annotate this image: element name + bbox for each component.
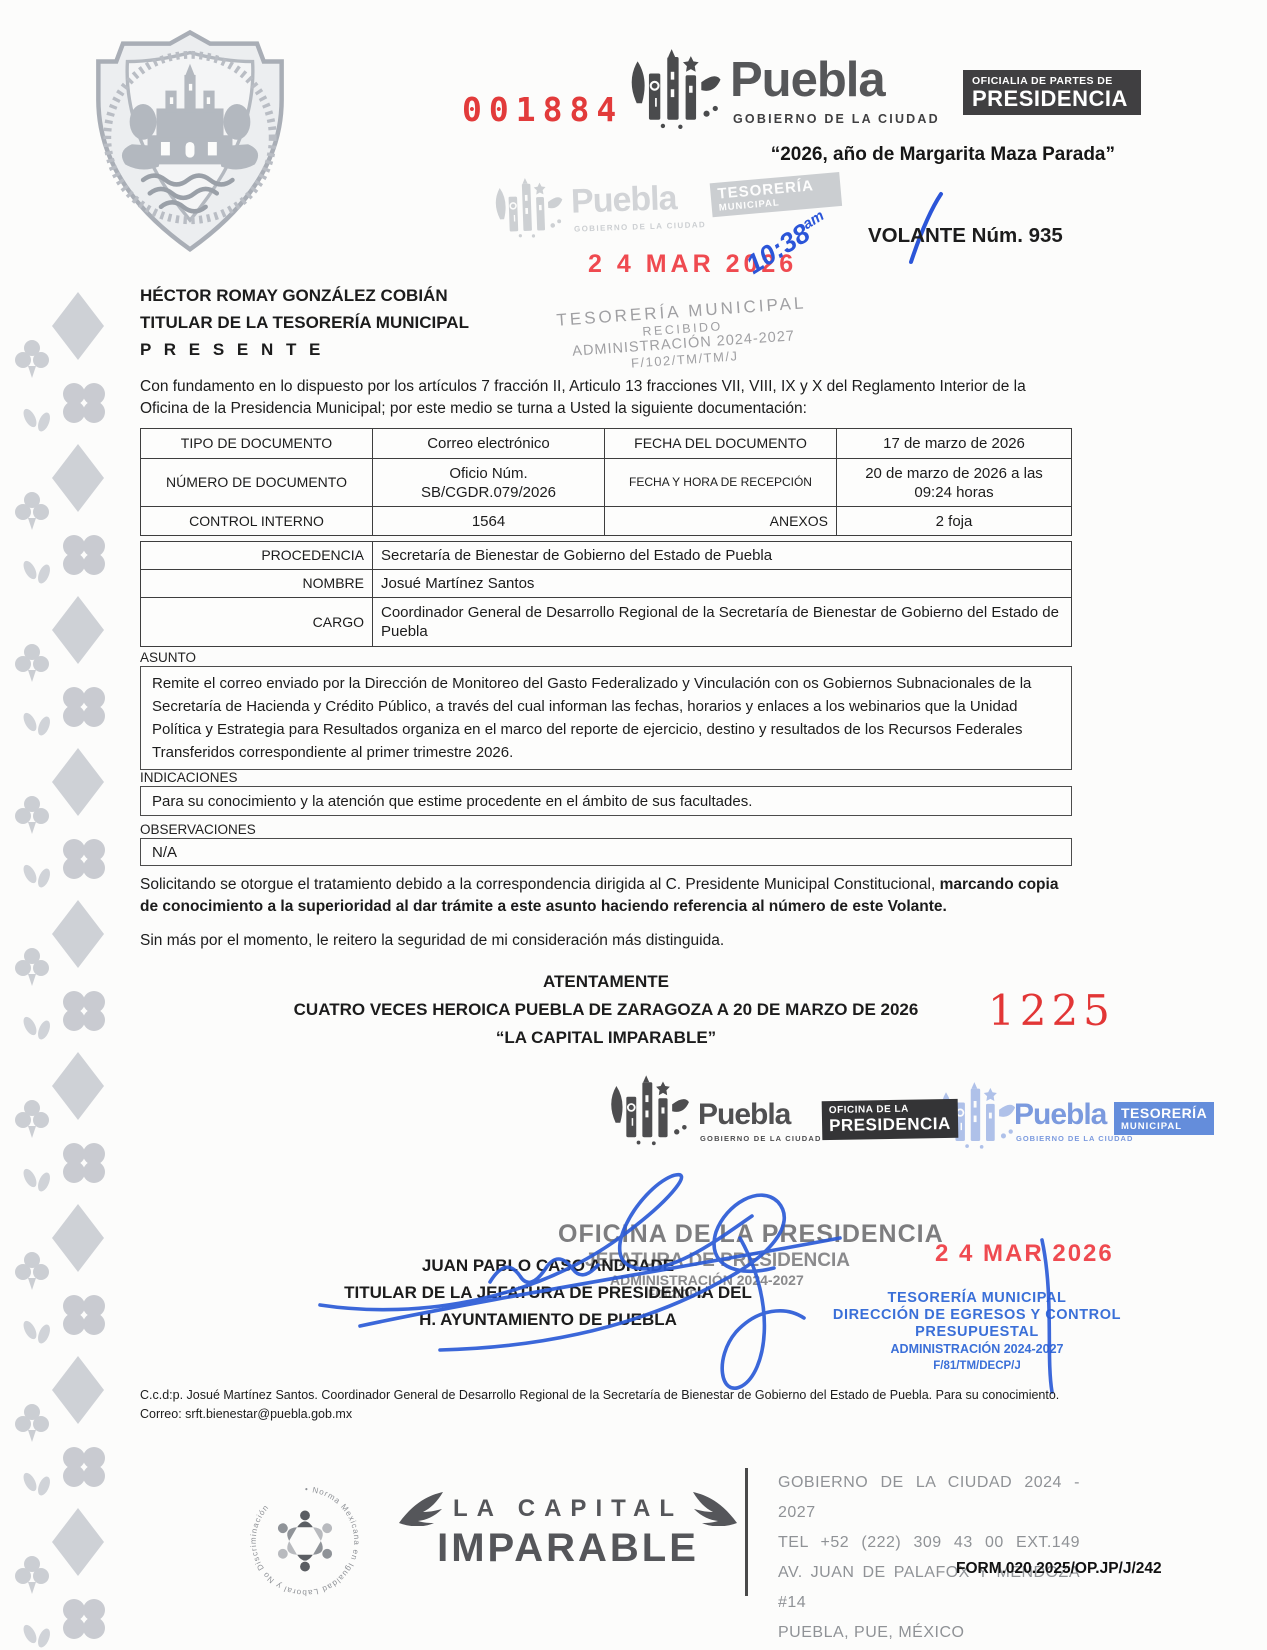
blue-badge-line1: TESORERÍA — [1121, 1105, 1207, 1121]
ghost-wordmark: Puebla — [570, 179, 677, 222]
cc-line2: Correo: srft.bienestar@puebla.gob.mx — [140, 1405, 1100, 1424]
coat-of-arms — [78, 28, 302, 256]
ghost-badge: TESORERÍA MUNICIPAL — [710, 172, 842, 217]
origin-table-value: Coordinador General de Desarrollo Region… — [373, 598, 1071, 646]
folio-number: 001884 — [462, 90, 623, 129]
talavera-border-pattern — [6, 286, 118, 1650]
document-table: TIPO DE DOCUMENTO Correo electrónico FEC… — [140, 428, 1072, 536]
origin-table-label: NOMBRE — [141, 570, 373, 598]
oficialia-badge: OFICIALIA DE PARTES DE PRESIDENCIA — [963, 70, 1141, 115]
oficialia-badge-line2: PRESIDENCIA — [972, 87, 1133, 111]
city-date-line: CUATRO VECES HEROICA PUEBLA DE ZARAGOZA … — [140, 996, 1072, 1024]
norma-seal-text: • Norma Mexicana en Igualdad Laboral y N… — [249, 1485, 361, 1597]
brand-wordmark: Puebla — [730, 52, 885, 108]
cc-block: C.c.d:p. Josué Martínez Santos. Coordina… — [140, 1386, 1100, 1424]
doc-table-label: FECHA Y HORA DE RECEPCIÓN — [605, 459, 837, 507]
origin-table: PROCEDENCIA Secretaría de Bienestar de G… — [140, 541, 1072, 647]
doc-table-value: Correo electrónico — [373, 429, 605, 459]
footer-address-line2: TEL +52 (222) 309 43 00 EXT.149 — [778, 1528, 1080, 1558]
capital-imparable-logo: LA CAPITAL IMPARABLE — [398, 1492, 738, 1571]
asunto-label: ASUNTO — [140, 650, 196, 665]
wing-right-icon — [693, 1492, 737, 1526]
capital-motto-line: “LA CAPITAL IMPARABLE” — [140, 1024, 1072, 1052]
signature-ink — [300, 1120, 1100, 1410]
blue-stamp-badge: TESORERÍA MUNICIPAL — [1114, 1102, 1214, 1135]
footer-divider — [745, 1468, 748, 1596]
origin-table-value: Secretaría de Bienestar de Gobierno del … — [373, 542, 1071, 570]
year-tagline: “2026, año de Margarita Maza Parada” — [715, 144, 1115, 166]
intro-paragraph: Con fundamento en lo dispuesto por los a… — [140, 376, 1076, 420]
doc-table-label: TIPO DE DOCUMENTO — [141, 429, 373, 459]
closing-paragraph-2: Sin más por el momento, le reitero la se… — [140, 930, 1076, 952]
atentamente-line: ATENTAMENTE — [140, 968, 1072, 996]
addressee-presente: P R E S E N T E — [140, 336, 469, 363]
indicaciones-label: INDICACIONES — [140, 770, 238, 785]
doc-table-label: ANEXOS — [605, 507, 837, 535]
form-number: FORM.020.2025/OP.JP/J/242 — [956, 1560, 1162, 1578]
footer-address-line1: GOBIERNO DE LA CIUDAD 2024 - 2027 — [778, 1468, 1080, 1528]
doc-table-value: Oficio Núm. SB/CGDR.079/2026 — [373, 459, 605, 507]
puebla-skyline-icon — [628, 46, 724, 136]
origin-table-label: CARGO — [141, 598, 373, 646]
footer-address: GOBIERNO DE LA CIUDAD 2024 - 2027 TEL +5… — [778, 1468, 1080, 1648]
blue-badge-line2: MUNICIPAL — [1121, 1121, 1207, 1132]
closing-paragraph-1: Solicitando se otorgue el tratamiento de… — [140, 874, 1076, 918]
tesoreria-received-stamp: TESORERÍA MUNICIPAL RECIBIDO ADMINISTRAC… — [526, 291, 840, 377]
doc-table-label: NÚMERO DE DOCUMENTO — [141, 459, 373, 507]
ghost-subtitle: GOBIERNO DE LA CIUDAD — [574, 220, 706, 234]
puebla-skyline-icon — [492, 175, 566, 243]
cc-line1: C.c.d:p. Josué Martínez Santos. Coordina… — [140, 1386, 1100, 1405]
doc-table-value: 2 foja — [837, 507, 1071, 535]
document-page: 001884 Puebla GOBIERNO DE LA CIUDAD OFIC… — [0, 0, 1267, 1650]
doc-table-value: 1564 — [373, 507, 605, 535]
red-control-number: 1225 — [988, 986, 1115, 1035]
indicaciones-box: Para su conocimiento y la atención que e… — [140, 786, 1072, 816]
origin-table-label: PROCEDENCIA — [141, 542, 373, 570]
closing-normal: Solicitando se otorgue el tratamiento de… — [140, 876, 940, 893]
brand-subtitle: GOBIERNO DE LA CIUDAD — [733, 112, 940, 126]
wing-left-icon — [399, 1492, 443, 1526]
doc-table-value: 20 de marzo de 2026 a las 09:24 horas — [837, 459, 1071, 507]
capital-logo-line2: IMPARABLE — [398, 1526, 738, 1571]
observaciones-label: OBSERVACIONES — [140, 822, 256, 837]
volante-number: VOLANTE Núm. 935 — [868, 224, 1063, 248]
norma-seal: • Norma Mexicana en Igualdad Laboral y N… — [246, 1482, 364, 1600]
addressee-block: HÉCTOR ROMAY GONZÁLEZ COBIÁN TITULAR DE … — [140, 282, 469, 363]
svg-text:• Norma Mexicana en Igualdad L: • Norma Mexicana en Igualdad Laboral y N… — [249, 1485, 361, 1597]
addressee-name: HÉCTOR ROMAY GONZÁLEZ COBIÁN — [140, 282, 469, 309]
addressee-title: TITULAR DE LA TESORERÍA MUNICIPAL — [140, 309, 469, 336]
capital-logo-line1: LA CAPITAL — [453, 1495, 683, 1523]
footer-address-line4: PUEBLA, PUE, MÉXICO — [778, 1618, 1080, 1648]
doc-table-label: FECHA DEL DOCUMENTO — [605, 429, 837, 459]
observaciones-box: N/A — [140, 838, 1072, 866]
doc-table-label: CONTROL INTERNO — [141, 507, 373, 535]
doc-table-value: 17 de marzo de 2026 — [837, 429, 1071, 459]
origin-table-value: Josué Martínez Santos — [373, 570, 1071, 598]
norma-people-icons — [275, 1511, 336, 1572]
asunto-box: Remite el correo enviado por la Direcció… — [140, 666, 1072, 770]
atentamente-block: ATENTAMENTE CUATRO VECES HEROICA PUEBLA … — [140, 968, 1072, 1052]
